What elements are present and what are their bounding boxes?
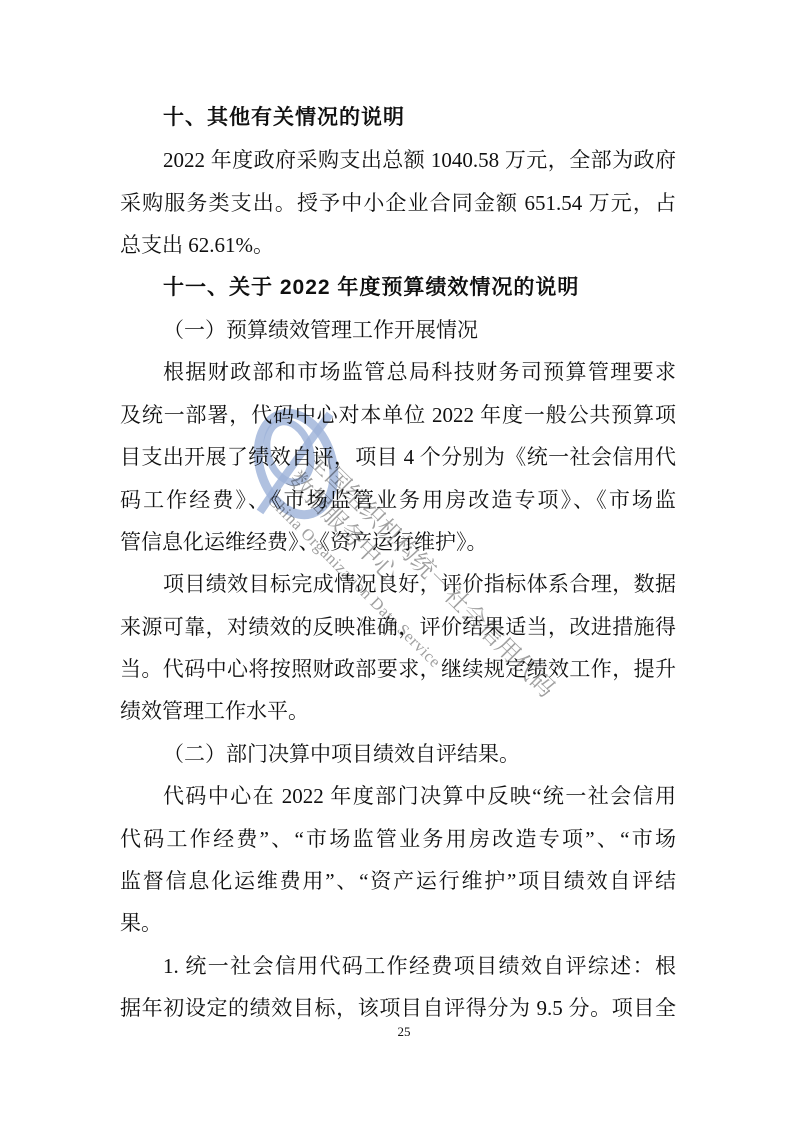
body-line: 代码工作经费”、“市场监管业务用房改造专项”、“市场 xyxy=(120,818,676,860)
section-heading-10: 十、其他有关情况的说明 xyxy=(120,97,676,139)
body-line: 监督信息化运维费用”、“资产运行维护”项目绩效自评结 xyxy=(120,860,676,902)
body-line: 总支出 62.61%。 xyxy=(120,224,676,266)
body-line: 1. 统一社会信用代码工作经费项目绩效自评综述：根 xyxy=(120,945,676,987)
body-line: 果。 xyxy=(120,902,676,944)
body-line: 采购服务类支出。授予中小企业合同金额 651.54 万元，占 xyxy=(120,182,676,224)
body-line: 码工作经费》、《市场监管业务用房改造专项》、《市场监 xyxy=(120,479,676,521)
section-heading-11: 十一、关于 2022 年度预算绩效情况的说明 xyxy=(120,267,676,309)
body-line: 当。代码中心将按照财政部要求，继续规定绩效工作，提升 xyxy=(120,648,676,690)
page-footer: 25 xyxy=(0,1024,794,1040)
body-line: 目支出开展了绩效自评，项目 4 个分别为《统一社会信用代 xyxy=(120,436,676,478)
document-page: 全国组织机构统一社会信用代码 数据服务中心 China Organization… xyxy=(0,0,794,1123)
body-line: 根据财政部和市场监管总局科技财务司预算管理要求 xyxy=(120,351,676,393)
subsection-heading-1: （一）预算绩效管理工作开展情况 xyxy=(120,309,676,351)
body-line: 代码中心在 2022 年度部门决算中反映“统一社会信用 xyxy=(120,775,676,817)
body-line: 绩效管理工作水平。 xyxy=(120,690,676,732)
subsection-heading-2: （二）部门决算中项目绩效自评结果。 xyxy=(120,733,676,775)
body-line: 及统一部署，代码中心对本单位 2022 年度一般公共预算项 xyxy=(120,394,676,436)
page-number: 25 xyxy=(398,1024,411,1039)
body-line: 2022 年度政府采购支出总额 1040.58 万元，全部为政府 xyxy=(120,139,676,181)
